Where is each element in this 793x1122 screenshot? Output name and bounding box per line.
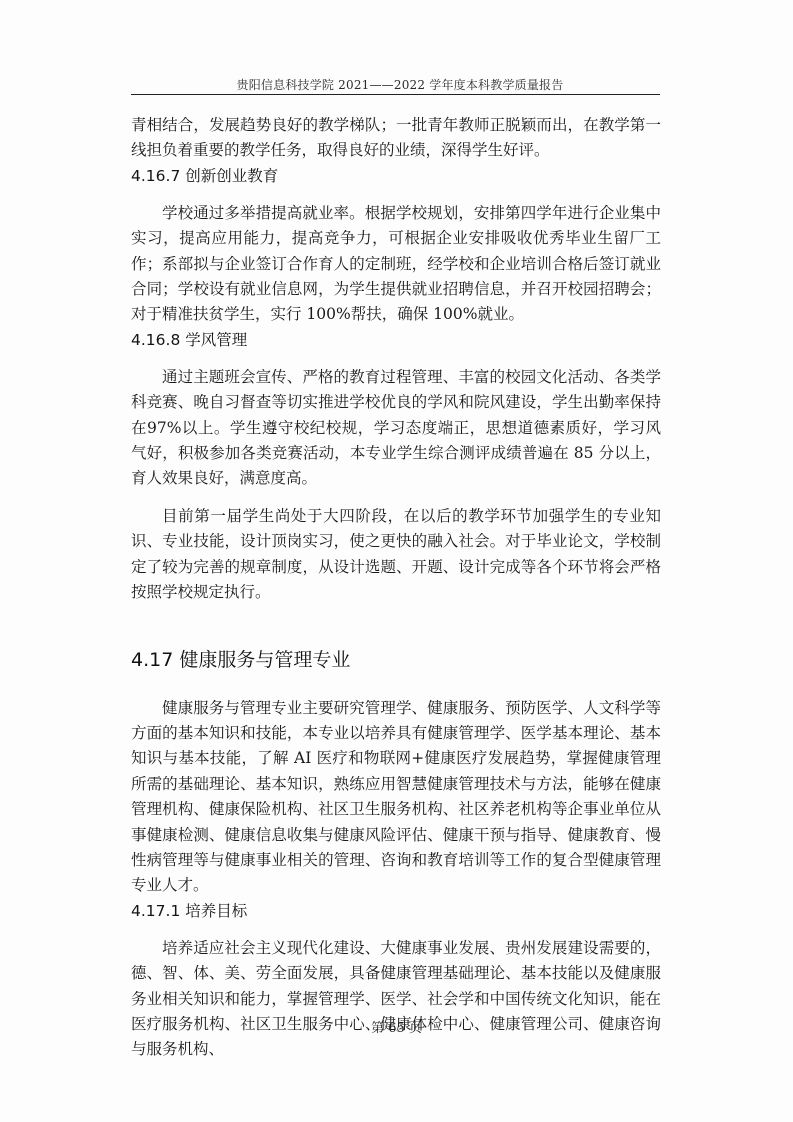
paragraph-major-overview: 健康服务与管理专业主要研究管理学、健康服务、预防医学、人文科学等方面的基本知识和… [131, 696, 661, 899]
section-heading-health-service-management: 4.17 健康服务与管理专业 [131, 646, 661, 674]
spacer [131, 606, 661, 646]
running-header: 贵阳信息科技学院 2021——2022 学年度本科教学质量报告 [140, 76, 660, 93]
page-body: 青相结合，发展趋势良好的教学梯队；一批青年教师正脱颖而出，在教学第一线担负着重要… [131, 113, 661, 1063]
spacer [131, 924, 661, 936]
subsection-heading-innovation-entrepreneurship: 4.16.7 创新创业教育 [131, 164, 661, 189]
paragraph-graduation: 目前第一届学生尚处于大四阶段，在以后的教学环节加强学生的专业知识、专业技能，设计… [131, 504, 661, 606]
spacer [131, 492, 661, 504]
subsection-heading-training-objectives: 4.17.1 培养目标 [131, 899, 661, 924]
spacer [131, 674, 661, 696]
spacer [131, 189, 661, 201]
subsection-heading-study-style: 4.16.8 学风管理 [131, 328, 661, 353]
paragraph-training-objectives: 培养适应社会主义现代化建设、大健康事业发展、贵州发展建设需要的，德、智、体、美、… [131, 936, 661, 1063]
spacer [131, 353, 661, 365]
document-page: 贵阳信息科技学院 2021——2022 学年度本科教学质量报告 青相结合，发展趋… [0, 0, 793, 1122]
paragraph-continued: 青相结合，发展趋势良好的教学梯队；一批青年教师正脱颖而出，在教学第一线担负着重要… [131, 113, 661, 164]
paragraph-employment: 学校通过多举措提高就业率。根据学校规划，安排第四学年进行企业集中实习，提高应用能… [131, 201, 661, 328]
page-number: 第 65 页 [0, 1017, 793, 1036]
paragraph-study-style: 通过主题班会宣传、严格的教育过程管理、丰富的校园文化活动、各类学科竞赛、晚自习督… [131, 365, 661, 492]
header-divider [131, 94, 660, 95]
